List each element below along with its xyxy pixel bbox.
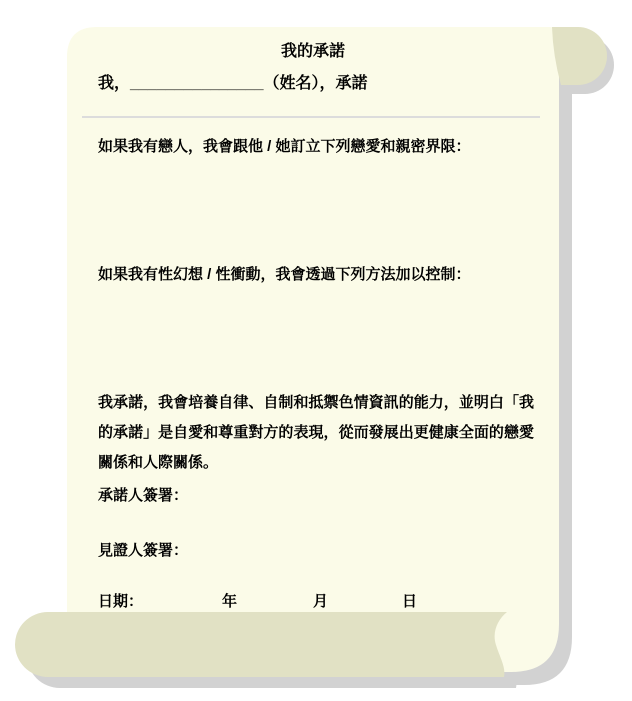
page-title: 我的承諾 bbox=[67, 42, 559, 62]
pledge-paragraph: 我承諾，我會培養自律、自制和抵禦色情資訊的能力，並明白「我的承諾」是自愛和尊重對… bbox=[98, 388, 534, 478]
document-content: 我的承諾 我，_______________（姓名），承諾 如果我有戀人，我會跟… bbox=[0, 0, 632, 701]
prompt-dating-boundaries: 如果我有戀人，我會跟他 / 她訂立下列戀愛和親密界限： bbox=[98, 137, 471, 157]
divider bbox=[82, 116, 540, 118]
year-label: 年 bbox=[222, 592, 237, 612]
date-label: 日期： bbox=[98, 592, 143, 612]
prompt-impulse-control: 如果我有性幻想 / 性衝動，我會透過下列方法加以控制： bbox=[98, 265, 471, 285]
pledge-scroll-page: 我的承諾 我，_______________（姓名），承諾 如果我有戀人，我會跟… bbox=[0, 0, 632, 701]
name-fill-in-line: 我，_______________（姓名），承諾 bbox=[98, 74, 367, 94]
month-label: 月 bbox=[313, 592, 328, 612]
day-label: 日 bbox=[402, 592, 417, 612]
witness-signature-label: 見證人簽署： bbox=[98, 541, 188, 561]
date-line: 日期： 年 月 日 bbox=[98, 592, 528, 612]
promisor-signature-label: 承諾人簽署： bbox=[98, 486, 188, 506]
